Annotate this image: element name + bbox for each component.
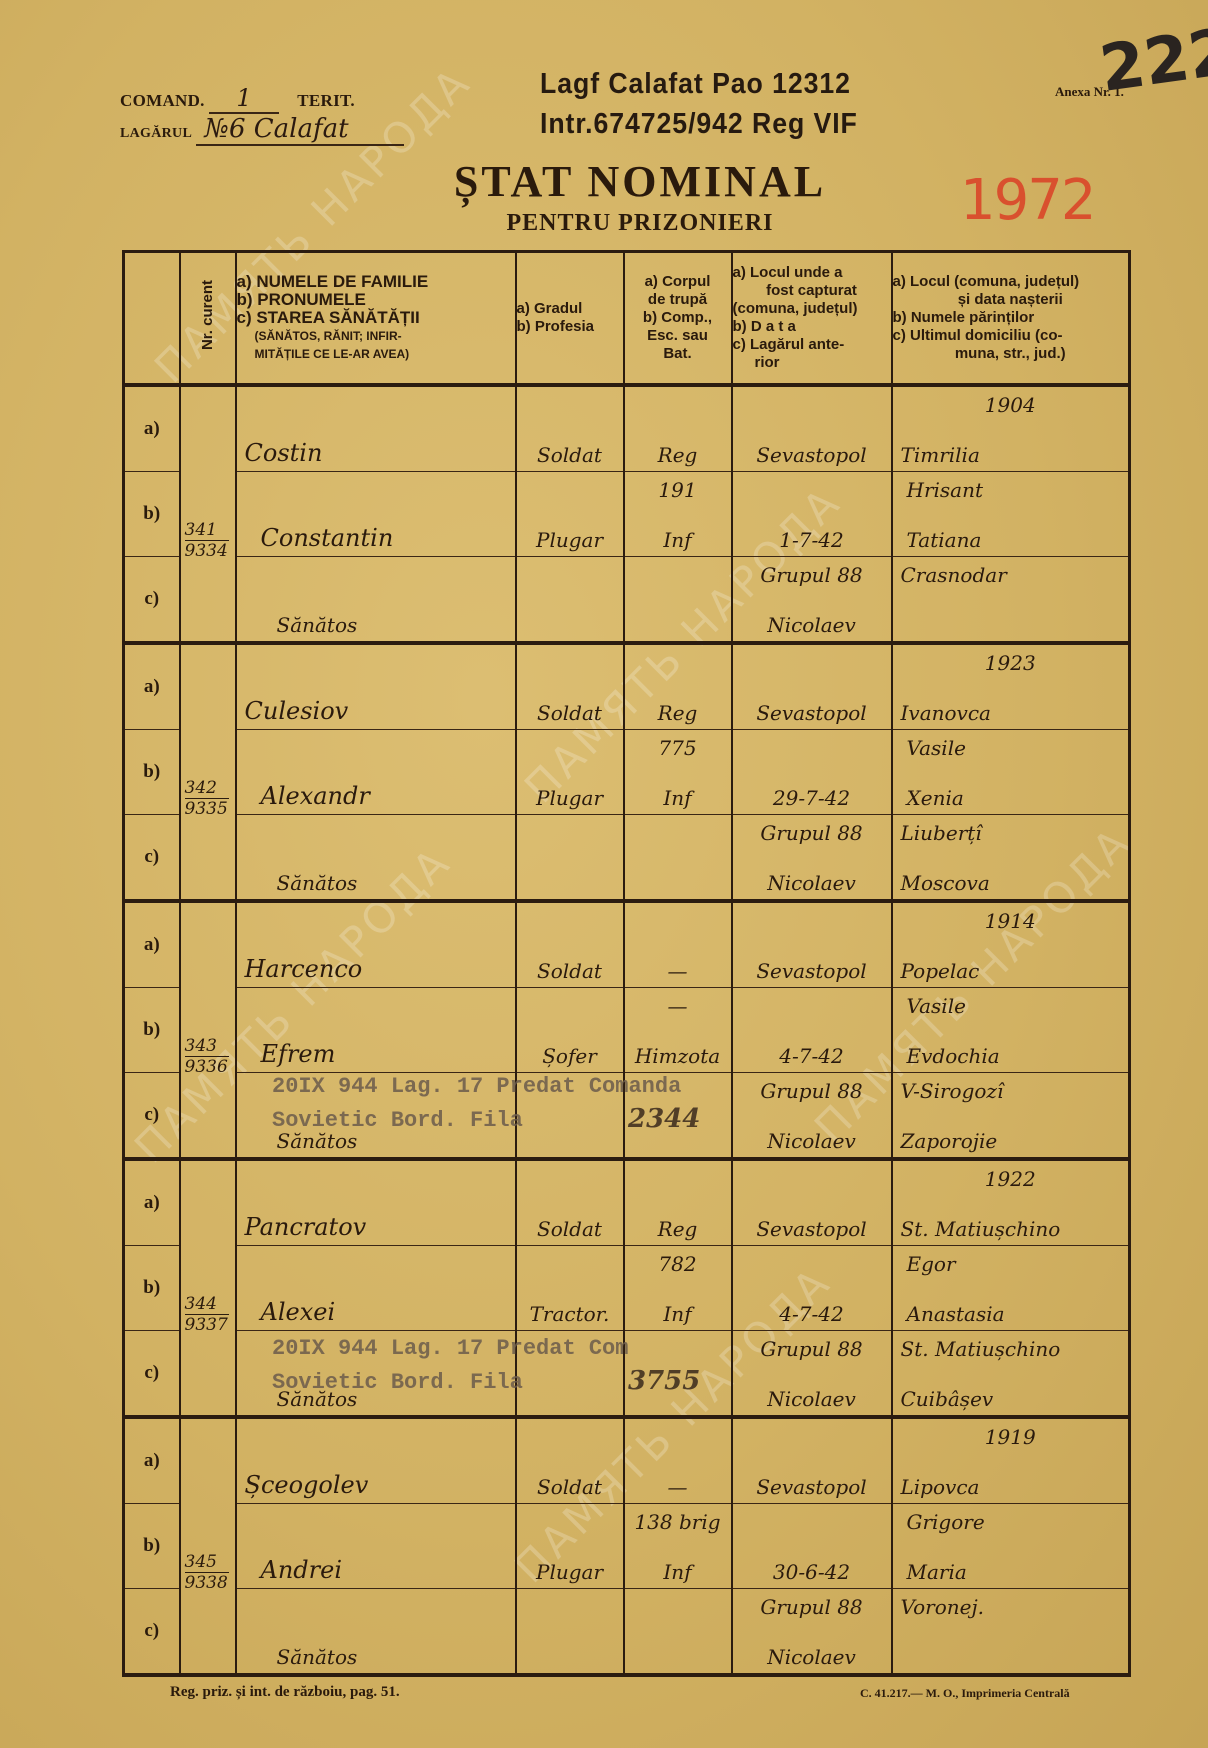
birth-year: 1922 (893, 1167, 1129, 1191)
birth-place: Popelac (893, 959, 1129, 983)
record-row-c: c) Sănătos Grupul 88 Nicolaev Crasnodar (124, 557, 1130, 644)
first-name: Efrem (237, 1040, 515, 1068)
domicile-region: Zaporojie (893, 1129, 1129, 1153)
birth-year: 1923 (893, 651, 1129, 675)
table-header-row: Nr. curent a) NUMELE DE FAMILIE b) PRONU… (124, 252, 1130, 386)
unit-b: Himzota (625, 1044, 731, 1068)
profession: Tractor. (517, 1302, 623, 1326)
first-name: Alexei (237, 1298, 515, 1326)
capture-place: Sevastopol (733, 701, 891, 725)
record-row-b: b) Constantin Plugar 191 Inf 1-7-42 Hris… (124, 472, 1130, 557)
surname: Harcenco (237, 955, 515, 983)
mother-name: Tatiana (893, 528, 1129, 552)
lagarul-value: №6 Calafat (196, 114, 404, 146)
rank: Soldat (517, 1475, 623, 1499)
nr-current: 345 (185, 1552, 229, 1573)
row-letter: a) (124, 901, 180, 988)
father-name: Grigore (893, 1510, 1129, 1534)
record-row-c: c) Sănătos Grupul 88 Nicolaev Voronej. (124, 1589, 1130, 1676)
previous-camp: Grupul 88 (733, 1595, 891, 1619)
domicile: Voronej. (893, 1595, 1129, 1619)
lagarul-label: LAGĂRUL (120, 126, 192, 141)
unit-a: — (625, 1475, 731, 1499)
terit-label: TERIT. (297, 91, 355, 110)
stamp-line-2: Intr.674725/942 Reg VIF (540, 104, 858, 144)
rank: Soldat (517, 701, 623, 725)
document-subtitle: PENTRU PRIZONIERI (0, 210, 1208, 237)
comand-label: COMAND. (120, 91, 205, 110)
domicile: Liuberțî (893, 821, 1129, 845)
birth-place: Timrilia (893, 443, 1129, 467)
unit-number: 782 (625, 1252, 731, 1276)
unit-b: Inf (625, 1302, 731, 1326)
unit-a: — (625, 959, 731, 983)
unit-a: Reg (625, 1217, 731, 1241)
row-letter: a) (124, 1159, 180, 1246)
transfer-stamp-page: 3755 (628, 1366, 700, 1396)
row-letter: c) (124, 1589, 180, 1676)
unit-b: Inf (625, 1560, 731, 1584)
footer-printer: C. 41.217.— M. O., Imprimeria Centrală (860, 1686, 1070, 1701)
record-row-c: c) Sănătos Grupul 88 Nicolaev Liuberțî M… (124, 815, 1130, 902)
capture-place: Sevastopol (733, 1475, 891, 1499)
record-row-a: a) 3419334 Costin Soldat Reg Sevastopol … (124, 385, 1130, 472)
transfer-stamp-line-2: Sovietic Bord. Fila (272, 1108, 523, 1133)
prisoner-table: Nr. curent a) NUMELE DE FAMILIE b) PRONU… (122, 250, 1131, 1677)
surname: Culesiov (237, 697, 515, 725)
record-number: 3449337 (180, 1159, 236, 1417)
previous-camp-city: Nicolaev (733, 1645, 891, 1669)
health-status: Sănătos (237, 613, 515, 637)
row-letter: b) (124, 1246, 180, 1331)
row-letter: a) (124, 385, 180, 472)
registration-stamp: Lagf Calafat Pao 12312 Intr.674725/942 R… (540, 64, 858, 144)
father-name: Vasile (893, 736, 1129, 760)
header-letter-col (124, 252, 180, 386)
father-name: Vasile (893, 994, 1129, 1018)
previous-camp-city: Nicolaev (733, 1387, 891, 1411)
record-number: 3419334 (180, 385, 236, 643)
rank: Soldat (517, 443, 623, 467)
unit-b: Inf (625, 528, 731, 552)
nr-registry: 9336 (185, 1057, 228, 1077)
birth-place: Lipovca (893, 1475, 1129, 1499)
capture-date: 4-7-42 (733, 1302, 891, 1326)
row-letter: a) (124, 1417, 180, 1504)
record-row-b: b) Efrem Șofer — Himzota 4-7-42 Vasile E… (124, 988, 1130, 1073)
nr-registry: 9335 (185, 799, 228, 819)
surname: Costin (237, 439, 515, 467)
header-rank: a) Gradul b) Profesia (516, 252, 624, 386)
nr-current: 341 (185, 520, 229, 541)
nr-current: 344 (185, 1294, 229, 1315)
transfer-stamp-line-1: 20IX 944 Lag. 17 Predat Com (272, 1336, 628, 1361)
birth-year: 1919 (893, 1425, 1129, 1449)
unit-number: 775 (625, 736, 731, 760)
health-status: Sănătos (237, 1645, 515, 1669)
mother-name: Xenia (893, 786, 1129, 810)
header-name: a) NUMELE DE FAMILIE b) PRONUMELE c) STA… (236, 252, 516, 386)
header-capture: a) Locul unde afost capturat(comuna, jud… (732, 252, 892, 386)
birth-place: Ivanovca (893, 701, 1129, 725)
previous-camp: Grupul 88 (733, 1079, 891, 1103)
birth-place: St. Matiușchino (893, 1217, 1129, 1241)
record-row-b: b) Andrei Plugar 138 brig Inf 30-6-42 Gr… (124, 1504, 1130, 1589)
previous-camp-city: Nicolaev (733, 613, 891, 637)
document-title: ȘTAT NOMINAL (0, 156, 1208, 207)
domicile: St. Matiușchino (893, 1337, 1129, 1361)
domicile-region: Cuibâșev (893, 1387, 1129, 1411)
domicile: Crasnodar (893, 563, 1129, 587)
record-row-a: a) 3439336 Harcenco Soldat — Sevastopol … (124, 901, 1130, 988)
capture-date: 4-7-42 (733, 1044, 891, 1068)
mother-name: Anastasia (893, 1302, 1129, 1326)
record-row-a: a) 3429335 Culesiov Soldat Reg Sevastopo… (124, 643, 1130, 730)
first-name: Alexandr (237, 782, 515, 810)
birth-year: 1904 (893, 393, 1129, 417)
record-number: 3439336 (180, 901, 236, 1159)
first-name: Andrei (237, 1556, 515, 1584)
rank: Soldat (517, 959, 623, 983)
capture-place: Sevastopol (733, 959, 891, 983)
father-name: Egor (893, 1252, 1129, 1276)
father-name: Hrisant (893, 478, 1129, 502)
first-name: Constantin (237, 524, 515, 552)
previous-camp: Grupul 88 (733, 1337, 891, 1361)
unit-b: Inf (625, 786, 731, 810)
capture-place: Sevastopol (733, 1217, 891, 1241)
transfer-stamp-line-2: Sovietic Bord. Fila (272, 1370, 523, 1395)
unit-number: 138 brig (625, 1510, 731, 1534)
row-letter: b) (124, 472, 180, 557)
header-unit: a) Corpulde trupăb) Comp.,Esc. sauBat. (624, 252, 732, 386)
rank: Soldat (517, 1217, 623, 1241)
nr-registry: 9334 (185, 541, 228, 561)
row-letter: b) (124, 988, 180, 1073)
nr-current: 343 (185, 1036, 229, 1057)
record-row-a: a) 3459338 Șceogolev Soldat — Sevastopol… (124, 1417, 1130, 1504)
domicile-region: Moscova (893, 871, 1129, 895)
previous-camp-city: Nicolaev (733, 871, 891, 895)
previous-camp-city: Nicolaev (733, 1129, 891, 1153)
previous-camp: Grupul 88 (733, 563, 891, 587)
unit-number: 191 (625, 478, 731, 502)
profession: Plugar (517, 786, 623, 810)
header-nr-curent: Nr. curent (180, 252, 236, 386)
nr-current: 342 (185, 778, 229, 799)
row-letter: a) (124, 643, 180, 730)
row-letter: b) (124, 1504, 180, 1589)
health-status: Sănătos (237, 871, 515, 895)
capture-date: 29-7-42 (733, 786, 891, 810)
footer-regulation: Reg. priz. și int. de războiu, pag. 51. (170, 1684, 400, 1701)
nr-registry: 9338 (185, 1573, 228, 1593)
transfer-stamp-page: 2344 (628, 1104, 700, 1134)
stamp-line-1: Lagf Calafat Pao 12312 (540, 64, 858, 104)
header-fields: COMAND. 1 TERIT. LAGĂRUL №6 Calafat (120, 84, 404, 144)
row-letter: c) (124, 815, 180, 902)
profession: Șofer (517, 1044, 623, 1068)
capture-date: 30-6-42 (733, 1560, 891, 1584)
profession: Plugar (517, 1560, 623, 1584)
unit-number: — (625, 994, 731, 1018)
surname: Pancratov (237, 1213, 515, 1241)
record-row-b: b) Alexandr Plugar 775 Inf 29-7-42 Vasil… (124, 730, 1130, 815)
domicile: V-Sirogozî (893, 1079, 1129, 1103)
row-letter: c) (124, 1331, 180, 1418)
capture-date: 1-7-42 (733, 528, 891, 552)
nr-registry: 9337 (185, 1315, 228, 1335)
comand-value: 1 (209, 84, 279, 114)
row-letter: c) (124, 557, 180, 644)
row-letter: b) (124, 730, 180, 815)
profession: Plugar (517, 528, 623, 552)
record-number: 3429335 (180, 643, 236, 901)
previous-camp: Grupul 88 (733, 821, 891, 845)
capture-place: Sevastopol (733, 443, 891, 467)
row-letter: c) (124, 1073, 180, 1160)
unit-a: Reg (625, 443, 731, 467)
header-birth: a) Locul (comuna, județul)și data nașter… (892, 252, 1130, 386)
surname: Șceogolev (237, 1471, 515, 1499)
mother-name: Evdochia (893, 1044, 1129, 1068)
birth-year: 1914 (893, 909, 1129, 933)
unit-a: Reg (625, 701, 731, 725)
mother-name: Maria (893, 1560, 1129, 1584)
record-number: 3459338 (180, 1417, 236, 1675)
record-row-a: a) 3449337 Pancratov Soldat Reg Sevastop… (124, 1159, 1130, 1246)
transfer-stamp-line-1: 20IX 944 Lag. 17 Predat Comanda (272, 1074, 681, 1099)
record-row-b: b) Alexei Tractor. 782 Inf 4-7-42 Egor A… (124, 1246, 1130, 1331)
